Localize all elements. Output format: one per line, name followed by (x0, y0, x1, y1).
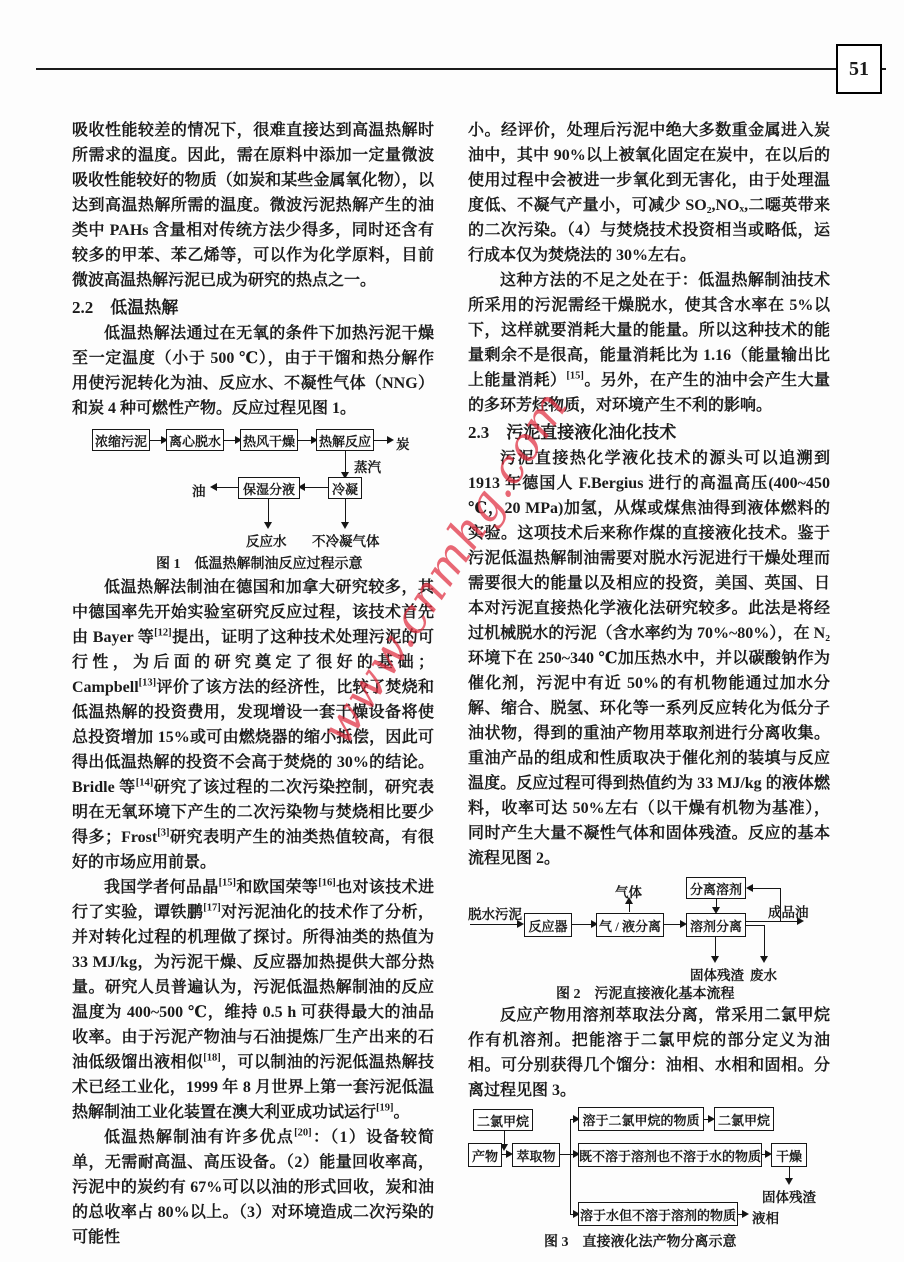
flow-arrow (212, 487, 238, 488)
flow-output-gas: 气体 (615, 881, 642, 901)
flow-node-soluble-in-dcm: 溶于二氯甲烷的物质 (578, 1107, 704, 1131)
flow-arrow (570, 1214, 578, 1215)
flow-node-reactor: 反应器 (524, 913, 572, 937)
paragraph-heavy-metals: 小。经评价，处理后污泥中绝大多数重金属进入炭油中，其中 90%以上被氧化固定在炭… (468, 118, 830, 268)
flow-arrow (570, 1154, 578, 1155)
page-number-badge: 51 (836, 44, 882, 94)
section-heading-2-3: 2.3 污泥直接液化油化技术 (468, 421, 830, 444)
flow-node-pyrolysis-reaction: 热解反应 (316, 429, 374, 451)
page-number: 51 (849, 58, 869, 81)
flow-output-solid-residue: 固体残渣 (762, 1186, 816, 1206)
header-rule (36, 68, 886, 70)
flow-output-solid-residue: 固体残渣 (690, 964, 744, 984)
flow-arrow (345, 451, 346, 477)
flow-arrow (764, 925, 765, 961)
flow-arrow (504, 1131, 505, 1149)
paragraph-solvent-extraction: 反应产物用溶剂萃取法分离，常采用二氯甲烷作有机溶剂。把能溶于二氯甲烷的部分定义为… (468, 1003, 830, 1103)
flow-node-drying: 干燥 (771, 1143, 807, 1167)
flow-arrow (716, 899, 717, 912)
flow-arrow-recycle (748, 888, 780, 889)
flow-output-oil: 油 (192, 480, 206, 500)
flow-arrow (374, 440, 392, 441)
paragraph-microwave-pyrolysis: 吸收性能较差的情况下，很难直接达到高温热解时所需求的温度。因此，需在原料中添加一… (72, 118, 434, 293)
flow-arrow (268, 499, 269, 527)
flow-arrow (502, 1154, 511, 1155)
flow-output-reaction-water: 反应水 (246, 530, 287, 550)
flow-node-thickened-sludge: 浓缩污泥 (92, 429, 150, 451)
section-heading-2-2: 2.2 低温热解 (72, 296, 434, 319)
figure-1-caption: 图 1 低温热解制油反应过程示意 (156, 553, 363, 573)
flow-arrow (738, 1214, 747, 1215)
flow-node-separation-solvent: 分离溶剂 (686, 877, 746, 899)
flow-arrow (762, 1154, 770, 1155)
figure-1-flowchart: 浓缩污泥 离心脱水 热风干燥 热解反应 炭 蒸汽 冷凝 保湿分液 油 反应水 不… (72, 425, 434, 573)
flow-arrow (789, 1167, 790, 1183)
paragraph-china-research: 我国学者何品晶[15]和欧国荣等[16]也对该技术进行了实验，谭铁鹏[17]对污… (72, 875, 434, 1125)
flow-arrow (572, 924, 596, 925)
flow-output-liquid-phase: 液相 (752, 1207, 779, 1227)
paragraph-germany-canada-research: 低温热解法制油在德国和加拿大研究较多，其中德国率先开始实验室研究反应过程，该技术… (72, 575, 434, 875)
figure-2-flowchart: 脱水污泥 反应器 气 / 液分离 气体 分离溶剂 溶剂分离 成品油 固体残渣 废… (468, 877, 830, 1001)
flow-arrow (470, 924, 522, 925)
flow-arrow (298, 440, 316, 441)
flow-node-centrifugal-dewatering: 离心脱水 (166, 429, 224, 451)
flow-arrow (570, 1119, 578, 1120)
paragraph-low-temp-intro: 低温热解法通过在无氧的条件下加热污泥干燥至一定温度（小于 500 ℃），由于干馏… (72, 321, 434, 421)
flow-line (570, 1119, 571, 1214)
figure-2-caption: 图 2 污泥直接液化基本流程 (556, 983, 735, 1003)
flow-line (746, 925, 765, 926)
paragraph-advantages: 低温热解制油有许多优点[20]：（1）设备较简单，无需耐高温、高压设备。（2）能… (72, 1125, 434, 1250)
flow-node-dcm-out: 二氯甲烷 (714, 1107, 774, 1131)
flow-arrow (224, 440, 240, 441)
flow-node-product: 产物 (468, 1143, 502, 1167)
flow-node-dcm-in: 二氯甲烷 (473, 1109, 533, 1131)
flow-node-soluble-water-only: 溶于水但不溶于溶剂的物质 (578, 1202, 738, 1226)
flow-arrow (345, 499, 346, 527)
flow-node-condense: 冷凝 (328, 477, 362, 499)
flow-node-insoluble-both: 既不溶于溶剂也不溶于水的物质 (578, 1143, 762, 1167)
flow-arrow (746, 921, 802, 922)
right-column: 小。经评价，处理后污泥中绝大多数重金属进入炭油中，其中 90%以上被氧化固定在炭… (468, 118, 830, 1251)
flow-node-solvent-separation: 溶剂分离 (686, 913, 746, 937)
flow-line (560, 1154, 570, 1155)
flow-input-dewatered-sludge: 脱水污泥 (468, 903, 522, 923)
flow-label-steam: 蒸汽 (354, 456, 381, 476)
flow-output-non-condensable-gas: 不冷凝气体 (312, 530, 380, 550)
flow-node-extract: 萃取物 (512, 1143, 560, 1167)
flow-node-gas-liquid-separation: 气 / 液分离 (596, 913, 664, 937)
paragraph-shortcomings: 这种方法的不足之处在于：低温热解制油技术所采用的污泥需经干燥脱水，使其含水率在 … (468, 268, 830, 418)
flow-output-char: 炭 (396, 433, 410, 453)
flow-output-product-oil: 成品油 (768, 901, 809, 921)
flow-output-waste-water: 废水 (750, 964, 777, 984)
flow-arrow (300, 487, 328, 488)
flow-arrow (715, 937, 716, 961)
flow-arrow (150, 440, 166, 441)
flow-arrow (664, 924, 685, 925)
paragraph-direct-liquefaction: 污泥直接热化学液化技术的源头可以追溯到 1913 年德国人 F.Bergius … (468, 446, 830, 871)
figure-3-flowchart: 二氯甲烷 产物 萃取物 溶于二氯甲烷的物质 二氯甲烷 既不溶于溶剂也不溶于水的物… (468, 1107, 830, 1249)
figure-3-caption: 图 3 直接液化法产物分离示意 (544, 1231, 737, 1251)
flow-node-hot-air-drying: 热风干燥 (240, 429, 298, 451)
flow-arrow (704, 1119, 713, 1120)
flow-node-moist-separation: 保湿分液 (238, 477, 300, 499)
left-column: 吸收性能较差的情况下，很难直接达到高温热解时所需求的温度。因此，需在原料中添加一… (72, 118, 434, 1250)
